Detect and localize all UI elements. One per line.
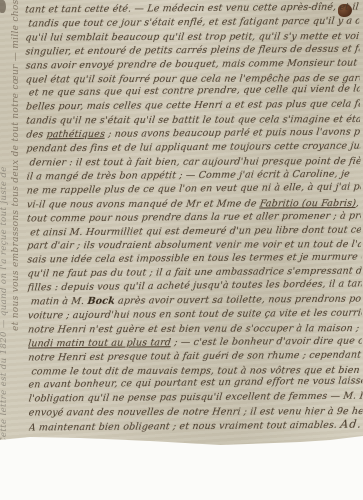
manuscript-line-part: Ad.	[340, 418, 363, 431]
manuscript-line: sans avoir envoyé prendre de bouquet, ma…	[25, 56, 360, 73]
manuscript-line: tandis que tout ce jour s'était enflé, e…	[27, 14, 360, 31]
manuscript-line-part: et ainsi M. Hourmilliet qui est demeuré …	[30, 224, 362, 238]
manuscript-line-part: matin à M.	[30, 296, 88, 308]
manuscript-line-part: singulier, et entouré de petits carrés p…	[25, 43, 360, 58]
manuscript-line-part: A maintenant bien obligeant ; et nous vr…	[28, 420, 341, 434]
manuscript-line-part: sans avoir envoyé prendre de bouquet, ma…	[25, 57, 360, 72]
manuscript-line-part: l'obligation qu'il ne pense pas puisqu'i…	[28, 390, 363, 405]
manuscript-line-part: des	[26, 129, 47, 140]
manuscript-line: A maintenant bien obligeant ; et nous vr…	[28, 418, 363, 436]
manuscript-line-part: tandis qu'il ne s'était qu'il se battit …	[26, 114, 361, 127]
manuscript-line-part: pendant des fins et de lui appliquant me…	[26, 140, 361, 154]
manuscript-line-part: lundi matin tout au plus tard	[27, 337, 171, 349]
manuscript-text: tant et tant cette été. — Le médecin est…	[25, 1, 363, 443]
manuscript-line-part: filles : depuis vous qu'il a acheté jusq…	[27, 278, 362, 294]
manuscript-line: voiture ; aujourd'hui nous en sont tout …	[27, 306, 363, 323]
manuscript-line-part: pathétiques	[46, 129, 106, 141]
manuscript-line-part: qu'il lui semblait beaucoup qu'il est tr…	[25, 30, 360, 43]
manuscript-line-part: Fabritio (ou Fabris)	[259, 198, 357, 209]
manuscript-line-part: notre Henri n'est guère et est bien venu…	[27, 323, 360, 335]
margin-note-vertical-1: et nous vous embrassons tous deux de tou…	[11, 0, 21, 331]
manuscript-line-part: notre Henri est presque tout à fait guér…	[28, 349, 362, 363]
manuscript-line-part: voiture ; aujourd'hui nous en sont tout …	[27, 307, 362, 321]
manuscript-line-part: sais une idée cela est impossible en tou…	[27, 252, 362, 266]
manuscript-line-part: en avant bonheur, ce qui pourtant est un…	[28, 376, 363, 391]
letter-paper: et nous vous embrassons tous deux de tou…	[0, 0, 363, 447]
manuscript-line-part: belles pour, mais celles que cette Henri…	[25, 98, 360, 113]
manuscript-line-part: tant et tant cette été. — Le médecin est…	[25, 1, 360, 15]
manuscript-line-part: Bock	[87, 296, 116, 307]
manuscript-line-part: tandis que tout ce jour s'était enflé, e…	[28, 15, 360, 29]
manuscript-line-part: envoyé avant des nouvelles de notre Henr…	[28, 406, 363, 419]
manuscript-line: l'obligation qu'il ne pense pas puisqu'i…	[28, 390, 363, 407]
manuscript-line-part: ; — c'est le bonheur d'avoir dire que ce…	[170, 335, 362, 348]
manuscript-line-part: ; nous avons beaucoup parlé et puis nous…	[104, 126, 361, 140]
manuscript-line: pendant des fins et de lui appliquant me…	[26, 140, 362, 157]
manuscript-line-part: après avoir ouvert sa toilette, nous pre…	[114, 293, 362, 306]
margin-note-vertical-2: Cette lettre est du 1820 — quand on l'a …	[0, 52, 9, 444]
manuscript-line-part: vi-il que nous avons manqué de Mr et Mme…	[26, 198, 260, 210]
manuscript-line-part: tout comme pour nous prendre dans la rue…	[26, 210, 361, 224]
letter-scan: et nous vous embrassons tous deux de tou…	[0, 0, 363, 500]
manuscript-line-part: dernier : il est tout à fait bien, car a…	[29, 156, 361, 169]
manuscript-line-part: et ne que sans que qui est contre prendr…	[28, 83, 360, 99]
manuscript-line: notre Henri est presque tout à fait guér…	[27, 348, 363, 365]
manuscript-line-part: , qu'ils	[355, 198, 361, 209]
manuscript-line: belles pour, mais celles que cette Henri…	[25, 98, 361, 115]
ink-blot	[0, 0, 6, 13]
manuscript-line: ne me rappelle plus de ce que l'on en ve…	[26, 180, 361, 198]
